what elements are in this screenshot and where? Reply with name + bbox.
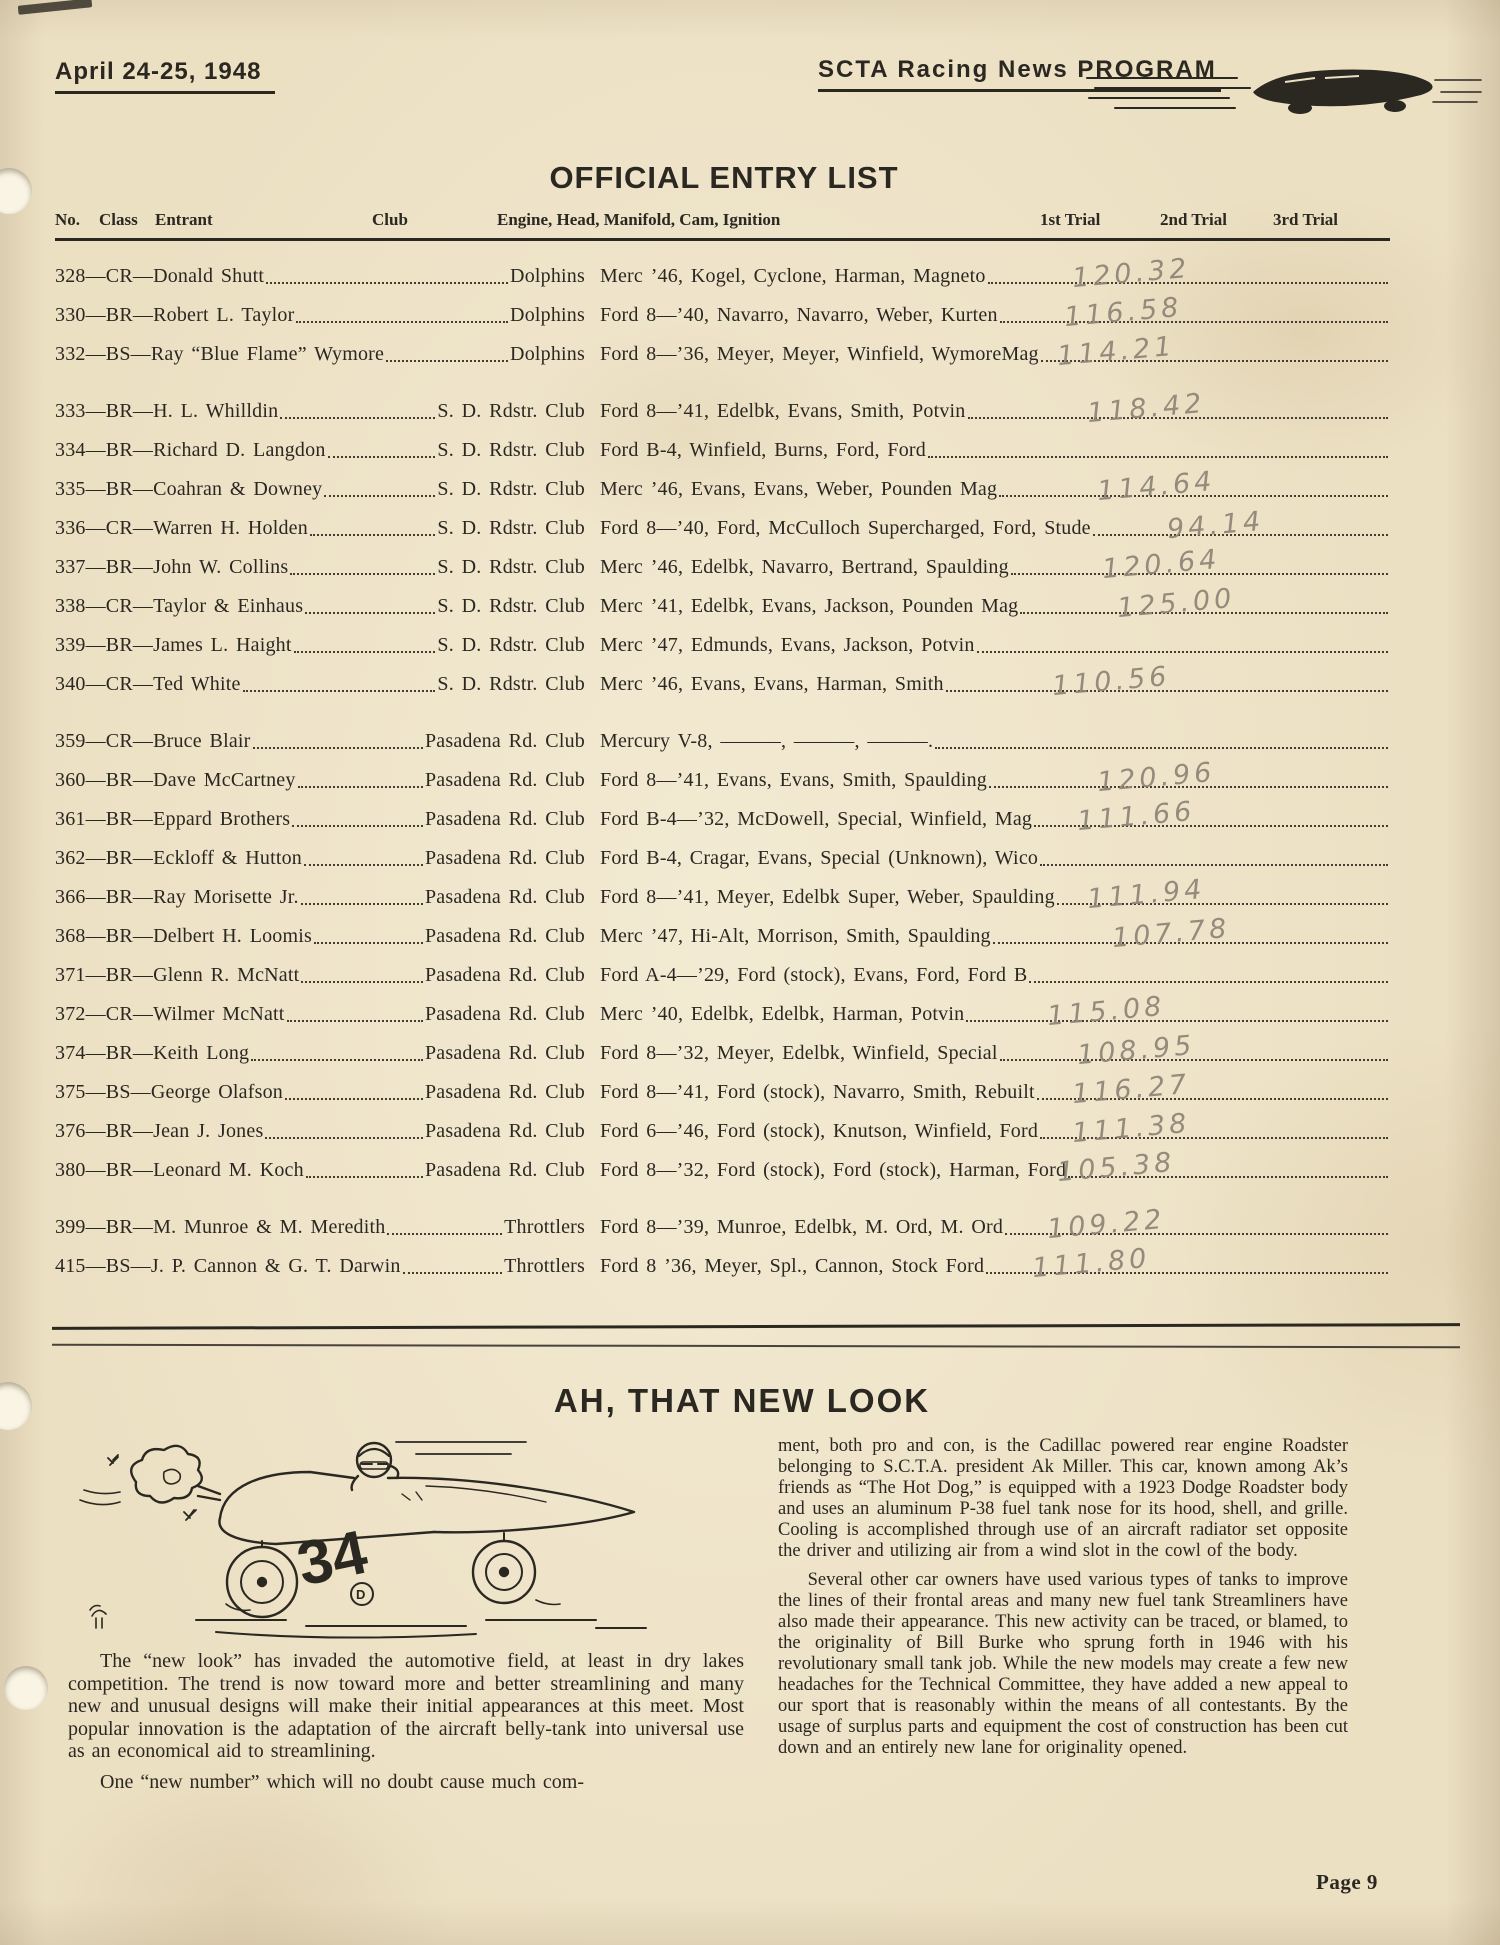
entry-row: 328—CR—Donald ShuttDolphinsMerc ’46, Kog… (55, 250, 1390, 289)
entry-row: 334—BR—Richard D. LangdonS. D. Rdstr. Cl… (55, 424, 1390, 463)
entry-row: 372—CR—Wilmer McNattPasadena Rd. ClubMer… (55, 988, 1390, 1027)
trial-time-handwritten: 110.56 (1051, 664, 1171, 699)
dot-leader (294, 651, 436, 653)
entry-engine: Merc ’40, Edelbk, Edelbk, Harman, Potvin (600, 1002, 964, 1027)
entry-list-title: OFFICIAL ENTRY LIST (549, 160, 898, 196)
trial-time-handwritten: 105.38 (1056, 1150, 1176, 1185)
article-paragraph: ment, both pro and con, is the Cadillac … (778, 1436, 1348, 1562)
article-left-column: The “new look” has invaded the automotiv… (68, 1650, 744, 1801)
entry-club: Pasadena Rd. Club (425, 885, 585, 910)
col-2nd-trial: 2nd Trial (1160, 210, 1227, 230)
trial-time-handwritten: 120.32 (1071, 256, 1191, 291)
dot-leader (977, 651, 1388, 653)
entry-club: Dolphins (510, 264, 585, 289)
entry-group: 359—CR—Bruce BlairPasadena Rd. ClubMercu… (55, 715, 1390, 1183)
dot-leader (935, 747, 1388, 749)
header-rule (55, 238, 1390, 241)
dot-leader (314, 942, 423, 944)
entry-number-class-name: 337—BR—John W. Collins (55, 555, 288, 580)
entry-row: 399—BR—M. Munroe & M. MeredithThrottlers… (55, 1201, 1390, 1240)
entry-number-class-name: 361—BR—Eppard Brothers (55, 807, 290, 832)
entry-number-class-name: 362—BR—Eckloff & Hutton (55, 846, 302, 871)
dot-leader (966, 1020, 1388, 1022)
entry-engine: Ford 8—’32, Meyer, Edelbk, Winfield, Spe… (600, 1041, 998, 1066)
trial-time-handwritten: 111.66 (1076, 799, 1196, 834)
dot-leader (304, 864, 423, 866)
trial-time-handwritten: 109.22 (1046, 1207, 1166, 1242)
entry-number-class-name: 399—BR—M. Munroe & M. Meredith (55, 1215, 385, 1240)
dot-leader (266, 282, 508, 284)
entry-number-class-name: 335—BR—Coahran & Downey (55, 477, 322, 502)
entry-number-class-name: 338—CR—Taylor & Einhaus (55, 594, 303, 619)
entry-row: 371—BR—Glenn R. McNattPasadena Rd. ClubF… (55, 949, 1390, 988)
col-3rd-trial: 3rd Trial (1273, 210, 1338, 230)
article-paragraph: Several other car owners have used vario… (778, 1570, 1348, 1759)
dot-leader (301, 903, 423, 905)
dot-leader (1000, 321, 1388, 323)
entry-club: Throttlers (504, 1215, 585, 1240)
entry-club: Pasadena Rd. Club (425, 1080, 585, 1105)
entry-table: 328—CR—Donald ShuttDolphinsMerc ’46, Kog… (55, 250, 1390, 1297)
entry-engine: Ford 6—’46, Ford (stock), Knutson, Winfi… (600, 1119, 1038, 1144)
entry-group: 333—BR—H. L. WhilldinS. D. Rdstr. ClubFo… (55, 385, 1390, 697)
dot-leader (265, 1137, 422, 1139)
entry-row: 337—BR—John W. CollinsS. D. Rdstr. ClubM… (55, 541, 1390, 580)
entry-engine: Merc ’46, Edelbk, Navarro, Bertrand, Spa… (600, 555, 1009, 580)
dot-leader (1040, 864, 1388, 866)
dot-leader (386, 360, 508, 362)
entry-number-class-name: 328—CR—Donald Shutt (55, 264, 264, 289)
entry-engine: Ford B-4, Cragar, Evans, Special (Unknow… (600, 846, 1038, 871)
entry-number-class-name: 359—CR—Bruce Blair (55, 729, 251, 754)
dot-leader (285, 1098, 423, 1100)
dot-leader (310, 534, 435, 536)
entry-club: S. D. Rdstr. Club (437, 399, 585, 424)
trial-time-handwritten: 116.27 (1071, 1072, 1191, 1107)
entry-club: Dolphins (510, 342, 585, 367)
scanned-program-page: April 24-25, 1948 SCTA Racing News PROGR… (0, 0, 1500, 1945)
entry-row: 366—BR—Ray Morisette Jr.Pasadena Rd. Clu… (55, 871, 1390, 910)
entry-number-class-name: 372—CR—Wilmer McNatt (55, 1002, 285, 1027)
trial-time-handwritten: 94.14 (1166, 509, 1265, 542)
entry-club: Pasadena Rd. Club (425, 1158, 585, 1183)
dot-leader (1029, 981, 1388, 983)
entry-number-class-name: 340—CR—Ted White (55, 672, 241, 697)
entry-number-class-name: 334—BR—Richard D. Langdon (55, 438, 326, 463)
entry-number-class-name: 376—BR—Jean J. Jones (55, 1119, 263, 1144)
entry-engine: Merc ’46, Evans, Evans, Harman, Smith (600, 672, 944, 697)
entry-group: 399—BR—M. Munroe & M. MeredithThrottlers… (55, 1201, 1390, 1279)
dot-leader (287, 1020, 423, 1022)
entry-club: S. D. Rdstr. Club (437, 633, 585, 658)
entry-club: S. D. Rdstr. Club (437, 672, 585, 697)
entry-number-class-name: 339—BR—James L. Haight (55, 633, 292, 658)
trial-time-handwritten: 118.42 (1086, 391, 1206, 426)
entry-club: S. D. Rdstr. Club (437, 438, 585, 463)
entry-engine: Merc ’46, Evans, Evans, Weber, Pounden M… (600, 477, 997, 502)
entry-row: 380—BR—Leonard M. KochPasadena Rd. ClubF… (55, 1144, 1390, 1183)
entry-row: 335—BR—Coahran & DowneyS. D. Rdstr. Club… (55, 463, 1390, 502)
entry-row: 376—BR—Jean J. JonesPasadena Rd. ClubFor… (55, 1105, 1390, 1144)
entry-engine: Ford 8—’32, Ford (stock), Ford (stock), … (600, 1158, 1066, 1183)
entry-engine: Ford 8—’41, Edelbk, Evans, Smith, Potvin (600, 399, 966, 424)
entry-number-class-name: 375—BS—George Olafson (55, 1080, 283, 1105)
entry-number-class-name: 332—BS—Ray “Blue Flame” Wymore (55, 342, 384, 367)
col-engine: Engine, Head, Manifold, Cam, Ignition (497, 210, 780, 230)
entry-number-class-name: 368—BR—Delbert H. Loomis (55, 924, 312, 949)
col-1st-trial: 1st Trial (1040, 210, 1100, 230)
col-no: No. (55, 210, 80, 230)
entry-engine: Ford 8—’41, Ford (stock), Navarro, Smith… (600, 1080, 1035, 1105)
entry-number-class-name: 333—BR—H. L. Whilldin (55, 399, 278, 424)
entry-engine: Merc ’46, Kogel, Cyclone, Harman, Magnet… (600, 264, 986, 289)
entry-row: 360—BR—Dave McCartneyPasadena Rd. ClubFo… (55, 754, 1390, 793)
entry-row: 332—BS—Ray “Blue Flame” WymoreDolphinsFo… (55, 328, 1390, 367)
entry-row: 330—BR—Robert L. TaylorDolphinsFord 8—’4… (55, 289, 1390, 328)
dot-leader (253, 747, 423, 749)
trial-time-handwritten: 111.38 (1071, 1111, 1191, 1146)
trial-time-handwritten: 120.96 (1096, 760, 1216, 795)
entry-engine: Ford 8—’41, Meyer, Edelbk Super, Weber, … (600, 885, 1055, 910)
entry-engine: Ford 8—’41, Evans, Evans, Smith, Spauldi… (600, 768, 987, 793)
dot-leader (928, 456, 1388, 458)
entry-club: Pasadena Rd. Club (425, 846, 585, 871)
entry-club: S. D. Rdstr. Club (437, 555, 585, 580)
entry-number-class-name: 415—BS—J. P. Cannon & G. T. Darwin (55, 1254, 401, 1279)
entry-number-class-name: 374—BR—Keith Long (55, 1041, 249, 1066)
entry-row: 361—BR—Eppard BrothersPasadena Rd. ClubF… (55, 793, 1390, 832)
trial-time-handwritten: 120.64 (1101, 547, 1221, 582)
trial-time-handwritten: 111.94 (1086, 877, 1206, 912)
entry-club: Pasadena Rd. Club (425, 1119, 585, 1144)
entry-club: Pasadena Rd. Club (425, 807, 585, 832)
entry-club: S. D. Rdstr. Club (437, 516, 585, 541)
entry-row: 338—CR—Taylor & EinhausS. D. Rdstr. Club… (55, 580, 1390, 619)
col-club: Club (372, 210, 408, 230)
entry-number-class-name: 330—BR—Robert L. Taylor (55, 303, 294, 328)
entry-row: 368—BR—Delbert H. LoomisPasadena Rd. Clu… (55, 910, 1390, 949)
entry-row: 340—CR—Ted WhiteS. D. Rdstr. ClubMerc ’4… (55, 658, 1390, 697)
entry-number-class-name: 371—BR—Glenn R. McNatt (55, 963, 299, 988)
dot-leader (298, 786, 423, 788)
entry-club: Pasadena Rd. Club (425, 768, 585, 793)
entry-row: 339—BR—James L. HaightS. D. Rdstr. ClubM… (55, 619, 1390, 658)
race-car-sketch-icon (1085, 50, 1485, 125)
page-number: Page 9 (1316, 1870, 1378, 1895)
entry-engine: Ford B-4—’32, McDowell, Special, Winfiel… (600, 807, 1032, 832)
entry-number-class-name: 366—BR—Ray Morisette Jr. (55, 885, 299, 910)
entry-club: Dolphins (510, 303, 585, 328)
article-paragraph: The “new look” has invaded the automotiv… (68, 1650, 744, 1763)
col-entrant: Entrant (155, 210, 213, 230)
entry-row: 375—BS—George OlafsonPasadena Rd. ClubFo… (55, 1066, 1390, 1105)
dot-leader (292, 825, 423, 827)
entry-row: 362—BR—Eckloff & HuttonPasadena Rd. Club… (55, 832, 1390, 871)
issue-date: April 24-25, 1948 (55, 58, 275, 94)
cartoon-race-car: 34 D (66, 1420, 676, 1650)
dot-leader (306, 1176, 423, 1178)
article-paragraph: One “new number” which will no doubt cau… (68, 1771, 744, 1794)
entry-engine: Ford B-4, Winfield, Burns, Ford, Ford (600, 438, 926, 463)
article-title: AH, THAT NEW LOOK (554, 1382, 930, 1420)
entry-row: 415—BS—J. P. Cannon & G. T. DarwinThrott… (55, 1240, 1390, 1279)
entry-row: 336—CR—Warren H. HoldenS. D. Rdstr. Club… (55, 502, 1390, 541)
dot-leader (301, 981, 423, 983)
dot-leader (280, 417, 435, 419)
trial-time-handwritten: 111.80 (1031, 1246, 1151, 1281)
cartoon-door-letter: D (356, 1587, 365, 1602)
trial-time-handwritten: 116.58 (1063, 295, 1183, 330)
entry-club: Pasadena Rd. Club (425, 1041, 585, 1066)
dot-leader (403, 1272, 503, 1274)
section-divider (52, 1323, 1460, 1330)
article-right-column: ment, both pro and con, is the Cadillac … (778, 1436, 1348, 1767)
entry-group: 328—CR—Donald ShuttDolphinsMerc ’46, Kog… (55, 250, 1390, 367)
entry-club: Pasadena Rd. Club (425, 924, 585, 949)
entry-number-class-name: 380—BR—Leonard M. Koch (55, 1158, 304, 1183)
entry-club: Pasadena Rd. Club (425, 729, 585, 754)
entry-engine: Ford 8—’40, Ford, McCulloch Supercharged… (600, 516, 1091, 541)
entry-engine: Ford 8—’39, Munroe, Edelbk, M. Ord, M. O… (600, 1215, 1003, 1240)
trial-time-handwritten: 114.21 (1056, 334, 1176, 369)
col-class: Class (99, 210, 138, 230)
scan-corner-mark (18, 0, 93, 15)
trial-time-handwritten: 114.64 (1096, 469, 1216, 504)
entry-club: Pasadena Rd. Club (425, 963, 585, 988)
dot-leader (324, 495, 435, 497)
dot-leader (387, 1233, 502, 1235)
dot-leader (296, 321, 508, 323)
trial-time-handwritten: 108.95 (1076, 1033, 1196, 1068)
entry-engine: Merc ’47, Hi-Alt, Morrison, Smith, Spaul… (600, 924, 991, 949)
entry-club: Throttlers (504, 1254, 585, 1279)
entry-engine: Merc ’47, Edmunds, Evans, Jackson, Potvi… (600, 633, 975, 658)
entry-number-class-name: 336—CR—Warren H. Holden (55, 516, 308, 541)
entry-engine: Ford 8—’36, Meyer, Meyer, Winfield, Wymo… (600, 342, 1039, 367)
section-divider (52, 1344, 1460, 1348)
entry-engine: Merc ’41, Edelbk, Evans, Jackson, Pounde… (600, 594, 1018, 619)
dot-leader (290, 573, 435, 575)
entry-engine: Mercury V-8, ———, ———, ———. (600, 729, 933, 754)
dot-leader (251, 1059, 423, 1061)
entry-row: 359—CR—Bruce BlairPasadena Rd. ClubMercu… (55, 715, 1390, 754)
trial-time-handwritten: 115.08 (1046, 994, 1166, 1029)
punch-hole (0, 1382, 32, 1430)
entry-club: S. D. Rdstr. Club (437, 594, 585, 619)
entry-engine: Ford 8—’40, Navarro, Navarro, Weber, Kur… (600, 303, 998, 328)
trial-time-handwritten: 125.00 (1116, 586, 1236, 621)
entry-club: S. D. Rdstr. Club (437, 477, 585, 502)
dot-leader (305, 612, 435, 614)
entry-engine: Ford A-4—’29, Ford (stock), Evans, Ford,… (600, 963, 1027, 988)
entry-row: 374—BR—Keith LongPasadena Rd. ClubFord 8… (55, 1027, 1390, 1066)
entry-club: Pasadena Rd. Club (425, 1002, 585, 1027)
dot-leader (243, 690, 436, 692)
punch-hole (0, 168, 32, 214)
trial-time-handwritten: 107.78 (1111, 916, 1231, 951)
entry-engine: Ford 8 ’36, Meyer, Spl., Cannon, Stock F… (600, 1254, 984, 1279)
entry-row: 333—BR—H. L. WhilldinS. D. Rdstr. ClubFo… (55, 385, 1390, 424)
punch-hole (4, 1666, 48, 1710)
dot-leader (328, 456, 436, 458)
entry-number-class-name: 360—BR—Dave McCartney (55, 768, 296, 793)
